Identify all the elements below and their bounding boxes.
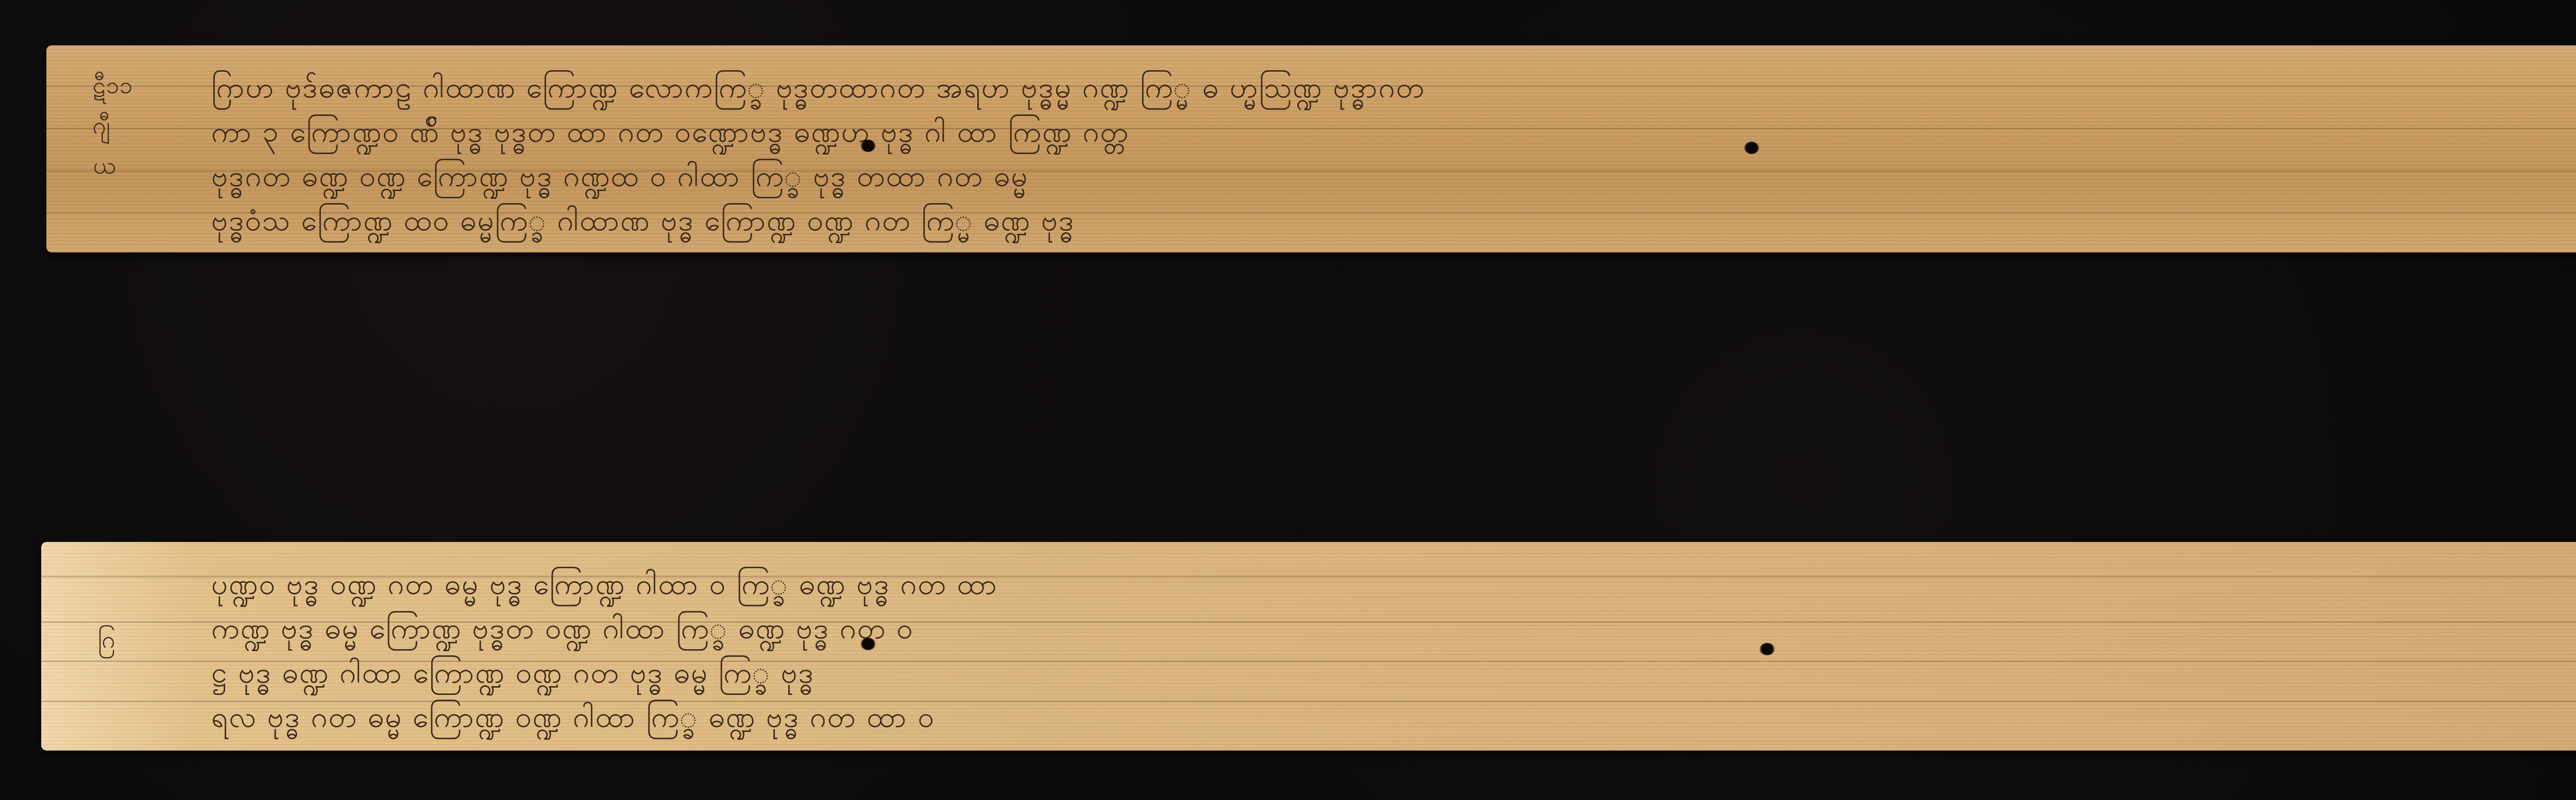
string-hole <box>1744 142 1759 154</box>
text-line: ပုဏ္ဍဝ ဗုဒ္ဓ ဝဏ္ဍ ဂတ ဓမ္မ ဗုဒ္ဓ ကြောဏ္ဍ … <box>211 563 2571 607</box>
manuscript-text: ဂြာဟ ဗုဒ်ဓဇကာဠ ဂါထာဏ ကြောဏ္ဍ လောကကြ္ခ ဗု… <box>211 45 2576 252</box>
text-line: ကဏ္ဍ ဗုဒ္ဓ ဓမ္မ ကြောဏ္ဍ ဗုဒ္ဓတ ဝဏ္ဍ ဂါထာ… <box>211 607 2571 651</box>
manuscript-text: ပုဏ္ဍဝ ဗုဒ္ဓ ဝဏ္ဍ ဂတ ဓမ္မ ဗုဒ္ဓ ကြောဏ္ဍ … <box>211 542 2571 751</box>
text-line: ရလ ဗုဒ္ဓ ဂတ ဓမ္မ ကြောဏ္ဍ ဝဏ္ဍ ဂါထာ ကြ္ခ … <box>211 695 2571 740</box>
text-line: ကာ ၃ ကြောဏ္ဍဝ ဏ်ိ ဗုဒ္ဓ ဗုဒ္ဓတ ထာ ဂတ ဝဏ္… <box>211 110 2576 155</box>
margin-mark: ဋီ၁၁ <box>93 65 175 105</box>
string-hole <box>1759 643 1775 655</box>
margin-mark: ယ <box>93 145 175 185</box>
palm-leaf-bottom: ဂြ ပုဏ္ဍဝ ဗုဒ္ဓ ဝဏ္ဍ ဂတ ဓမ္မ ဗုဒ္ဓ ကြောဏ… <box>41 542 2576 751</box>
palm-leaf-top: ဋီ၁၁ ဂျီ ယ ဂြာဟ ဗုဒ်ဓဇကာဠ ဂါထာဏ ကြောဏ္ဍ … <box>46 45 2576 252</box>
text-line: ဗုဒ္ဓဂတ ဓဏ္ဍ ဝဏ္ဍ ကြောဏ္ဍ ဗုဒ္ဓ ဂဏ္ဍထ ဝ … <box>211 155 2576 199</box>
text-line: ဂြာဟ ဗုဒ်ဓဇကာဠ ဂါထာဏ ကြောဏ္ဍ လောကကြ္ခ ဗု… <box>211 66 2576 110</box>
string-hole <box>860 638 876 650</box>
margin-mark: ဂြ <box>98 619 180 659</box>
string-hole <box>860 140 876 152</box>
margin-leaf-number: ဋီ၁၁ ဂျီ ယ <box>93 65 175 185</box>
text-line: ဗုဒ္ဓဝံသ ကြောဏ္ဍ ထဝ ဓမ္မကြ္ခ ဂါထာဏ ဗုဒ္ဓ… <box>211 199 2576 243</box>
margin-mark: ဂျီ <box>93 105 175 145</box>
margin-leaf-number: ဂြ <box>98 619 180 659</box>
text-line: ဋ္ဌ ဗုဒ္ဓ ဓဏ္ဍ ဂါထာ ကြောဏ္ဍ ဝဏ္ဍ ဂတ ဗုဒ္… <box>211 651 2571 695</box>
